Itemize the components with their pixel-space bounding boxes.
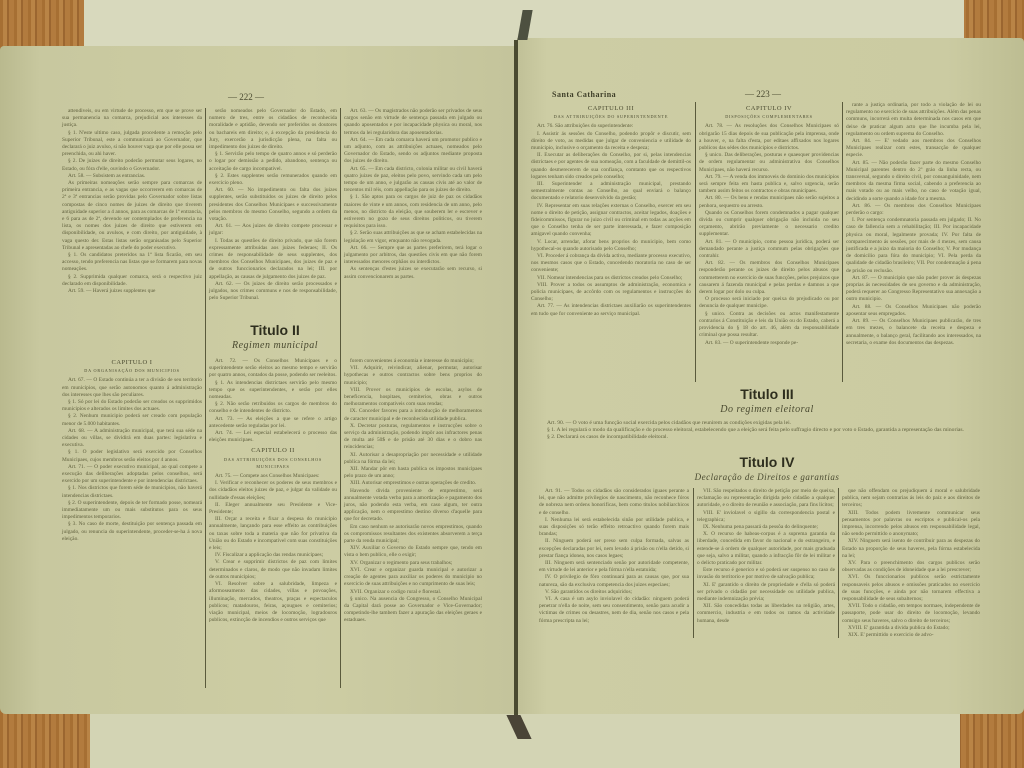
titulo-ii-subheading: Regimen municipal bbox=[205, 340, 345, 351]
left-page-number: — 222 — bbox=[228, 92, 264, 102]
paragraph: IX. Nenhuma pena passará da pessôa do de… bbox=[697, 524, 835, 531]
right-column-1: CAPITULO III DAS ATTRIBUIÇÕES DO SUPERIN… bbox=[531, 102, 691, 318]
titulo-iv-column-2: VII. São respeitados o direito de petiçã… bbox=[697, 488, 835, 625]
paragraph: Art. 62. — Os juizes de direito serão pr… bbox=[209, 281, 337, 303]
paragraph: Art. 86. — Os membros dos Conselhos Muni… bbox=[846, 203, 981, 217]
paragraph: II. Executar as deliberações do Conselho… bbox=[531, 152, 691, 181]
paragraph: § 1. O poder legislativo será exercido p… bbox=[62, 449, 202, 463]
titulo-iii-subheading: Do regimen eleitoral bbox=[677, 404, 857, 415]
paragraph: Art. 65. — Em cada districto, colonia mi… bbox=[344, 166, 482, 195]
paragraph: Art. 59. — Haverá juizes supplentes que bbox=[62, 288, 202, 295]
paragraph: I. Assistir ás sessões do Conselho, pode… bbox=[531, 131, 691, 153]
column-rule bbox=[695, 102, 696, 382]
right-page-number: — 223 — bbox=[745, 89, 781, 99]
paragraph: § 1. Nos districtos que forem séde de mu… bbox=[62, 485, 202, 499]
paragraph: VIII. E' inviolavel o sigillo da corresp… bbox=[697, 510, 835, 524]
paragraph: § 1. As intendencias districtaes servirã… bbox=[209, 380, 337, 402]
capitulo-ii-subheading: DAS ATTRIBUIÇÕES DOS CONSELHOS MUNICIPAE… bbox=[209, 456, 337, 470]
paragraph: § 1. Os candidatos preteridos na 1ª list… bbox=[62, 252, 202, 274]
paragraph: Art. 76. São attribuições do superintend… bbox=[531, 123, 691, 130]
paragraph: XI. Autorisar a desapropriação por neces… bbox=[344, 452, 482, 466]
right-column-3: rante a justiça ordinaria, por todo a vi… bbox=[846, 102, 981, 347]
capitulo-iv-subheading: DISPOSIÇÕES COMPLEMENTARES bbox=[699, 113, 839, 120]
book-spine bbox=[514, 40, 518, 730]
paragraph: XIV. Ninguem será isento de contribuir p… bbox=[842, 538, 980, 560]
paragraph: VII. Nomear intendencias para os distric… bbox=[531, 275, 691, 282]
left-page: — 222 — attendiveis, ou em virtude de pr… bbox=[0, 46, 516, 714]
left-column-2-bottom: Art. 72. — Os Conselhos Municipaes e o s… bbox=[209, 358, 337, 624]
titulo-iv-heading: Titulo IV bbox=[677, 454, 857, 470]
paragraph: Art. 79. — A venda dos immoveis do domin… bbox=[699, 174, 839, 196]
titulo-iv-column-1: Art. 91. — Todos os cidadãos são conside… bbox=[539, 488, 689, 625]
paragraph: XII. São concedidas todas as liberdades … bbox=[697, 603, 835, 625]
paragraph: O processo será iniciado por queixa do p… bbox=[699, 296, 839, 310]
paragraph: Quando os Conselhos forem condemnados a … bbox=[699, 210, 839, 239]
paragraph: VI. A casa é um asylo inviolavel do cida… bbox=[539, 596, 689, 625]
titulo-iii-heading: Titulo III bbox=[677, 386, 857, 402]
paragraph: X. O recurso de habeas-corpus é a suprem… bbox=[697, 531, 835, 567]
paragraph: Art. 68. — A administração municipal, qu… bbox=[62, 428, 202, 450]
paragraph: V. Crear e supprimir districtos de paz c… bbox=[209, 559, 337, 581]
capitulo-ii-heading: CAPITULO II bbox=[209, 447, 337, 454]
paragraph: XVI. Os funccionarios publicos serão est… bbox=[842, 574, 980, 603]
right-column-2: CAPITULO IV DISPOSIÇÕES COMPLEMENTARES A… bbox=[699, 102, 839, 347]
paragraph: VI. Resolver sobre a salubridade, limpez… bbox=[209, 581, 337, 624]
paragraph: I. Por sentença condemnatoria passada em… bbox=[846, 217, 981, 275]
paragraph: XV. Organizar o regimento para seus trab… bbox=[344, 560, 482, 567]
paragraph: I. Todas as questões de direito privado,… bbox=[209, 238, 337, 281]
paragraph: Havendo divida proveniente de emprestimo… bbox=[344, 488, 482, 524]
paragraph: V. São garantidos os direitos adquiridos… bbox=[539, 589, 689, 596]
paragraph: § 2. Não serão retribuidos os cargos de … bbox=[209, 401, 337, 415]
paragraph: Art. 91. — Todos os cidadãos são conside… bbox=[539, 488, 689, 517]
paragraph: § 1. Servirão pelo tempo de quatro annos… bbox=[209, 151, 337, 173]
paragraph: XVII. Todo o cidadão, em tempos normaes,… bbox=[842, 603, 980, 625]
column-rule bbox=[842, 102, 843, 382]
capitulo-i-subheading: DA ORGANISAÇÃO DOS MUNICIPIOS bbox=[62, 367, 202, 374]
paragraph: Art. 73. — As eleições a que se refere o… bbox=[209, 416, 337, 430]
paragraph: Art. 89. — Os Conselhos Municipaes publi… bbox=[846, 318, 981, 347]
titulo-iii-text: Art. 90. — O voto é uma funcção social e… bbox=[539, 420, 979, 442]
paragraph: IV. Representar em suas relações externa… bbox=[531, 203, 691, 239]
paragraph: Art. 66. — Sempre que as partes preferir… bbox=[344, 245, 482, 267]
paragraph: que não offendam ou prejudiquem á moral … bbox=[842, 488, 980, 510]
paragraph: § unico. Das deliberações, posturas e qu… bbox=[699, 152, 839, 174]
paragraph: Art. 71. — O poder executivo municipal, … bbox=[62, 464, 202, 486]
paragraph: Art. 60. — No impedimento ou falta dos j… bbox=[209, 187, 337, 223]
titulo-iv-column-3: que não offendam ou prejudiquem á moral … bbox=[842, 488, 980, 639]
paragraph: § unico. Na ausencia do Congresso, o Con… bbox=[344, 596, 482, 625]
column-rule bbox=[340, 358, 341, 688]
paragraph: XIX. E' permittido o exercicio de advo- bbox=[842, 632, 980, 639]
paragraph: Em caso nenhum se autorisarão novos empr… bbox=[344, 524, 482, 546]
paragraph: Art. 72. — Os Conselhos Municipaes e o s… bbox=[209, 358, 337, 380]
capitulo-i-heading: CAPITULO I bbox=[62, 359, 202, 366]
paragraph: § 1. São aptos para os cargos de juiz de… bbox=[344, 194, 482, 230]
titulo-iv-subheading: Declaração de Direitos e garantias bbox=[647, 472, 887, 482]
paragraph: § 2. De juizes de direito poderão permut… bbox=[62, 158, 202, 172]
left-column-1-top: attendiveis, ou em virtude de processo, … bbox=[62, 108, 202, 295]
paragraph: VIII. Prover a todos os assumptos de adm… bbox=[531, 282, 691, 304]
paragraph: I. Verificar e reconhecer os poderes de … bbox=[209, 480, 337, 502]
paragraph: § 2. O superintendente, depois de ter fo… bbox=[62, 500, 202, 522]
paragraph: V. Locar, arrendar, aforar bens proprios… bbox=[531, 239, 691, 253]
left-column-3-top: Art. 63. — Os magistrados não poderão se… bbox=[344, 108, 482, 281]
column-rule bbox=[205, 358, 206, 688]
paragraph: I. Nenhuma lei será estabelecida sinão p… bbox=[539, 517, 689, 539]
capitulo-iii-subheading: DAS ATTRIBUIÇÕES DO SUPERINTENDENTE bbox=[531, 113, 691, 120]
paragraph: VII. São respeitados o direito de petiçã… bbox=[697, 488, 835, 510]
paragraph: II. Eleger annualmente seu Presidente e … bbox=[209, 502, 337, 516]
paragraph: § 2. Estes supplentes serão remunerados … bbox=[209, 173, 337, 187]
paragraph: As primeiras nomeações serão sempre para… bbox=[62, 180, 202, 252]
paragraph: Art. 85. — Não poderão fazer parte do me… bbox=[846, 160, 981, 203]
paragraph: X. Decretar posturas, regulamentos e ins… bbox=[344, 423, 482, 452]
paragraph: § 2. Nenhum municipio poderá ser creado … bbox=[62, 413, 202, 427]
paragraph: As sentenças d'estes juizes se executarã… bbox=[344, 266, 482, 280]
paragraph: Art. 77. — As intendencias districtaes a… bbox=[531, 303, 691, 317]
column-rule bbox=[693, 488, 694, 638]
right-page: Santa Catharina — 223 — CAPITULO III DAS… bbox=[517, 38, 1024, 714]
paragraph: § 2. Declarará os casos de incompatibili… bbox=[539, 434, 979, 441]
paragraph: IX. Conceder favores para a introducção … bbox=[344, 408, 482, 422]
paragraph: § 2. Supprimida qualquer comarca, será o… bbox=[62, 274, 202, 288]
paragraph: XI. E' garantido o direito de propriedad… bbox=[697, 582, 835, 604]
paragraph: Este recurso é generico e só poderá ser … bbox=[697, 567, 835, 581]
paragraph: attendiveis, ou em virtude de processo, … bbox=[62, 108, 202, 130]
paragraph: XVI. Crear e organizar guarda municipal … bbox=[344, 567, 482, 589]
paragraph: Art. 61. — Aos juizes de direito compete… bbox=[209, 223, 337, 237]
paragraph: Art. 80. — Os bens e rendas municipaes n… bbox=[699, 195, 839, 209]
paragraph: XVIII. E' garantida a divida publica do … bbox=[842, 625, 980, 632]
paragraph: Art. 58. — Subsistem as entrancias. bbox=[62, 173, 202, 180]
paragraph: Art. 81. — O municipio, como pessoa juri… bbox=[699, 239, 839, 261]
paragraph: Art. 88. — Os Conselhos Municipaes não p… bbox=[846, 304, 981, 318]
paragraph: serão nomeados pelo Governador do Estado… bbox=[209, 108, 337, 151]
paragraph: § 1. N'este ultimo caso, julgada procede… bbox=[62, 130, 202, 159]
paragraph: § 3. No caso de morte, destituição por s… bbox=[62, 521, 202, 543]
paragraph: Art. 78. — As resoluções dos Conselhos M… bbox=[699, 123, 839, 152]
titulo-ii-heading: Titulo II bbox=[205, 322, 345, 338]
paragraph: Art. 67. — O Estado continúa a ter a div… bbox=[62, 377, 202, 399]
paragraph: Art. 63. — Os magistrados não poderão se… bbox=[344, 108, 482, 137]
capitulo-iii-heading: CAPITULO III bbox=[531, 105, 691, 112]
paragraph: Art. 84. — E' vedado aos membros dos Con… bbox=[846, 138, 981, 160]
paragraph: § 1. Só por lei do Estado poderão ser cr… bbox=[62, 399, 202, 413]
paragraph: VI. Proceder á cobrança da divida activa… bbox=[531, 253, 691, 275]
paragraph: IV. O privilegio de fôro continuará para… bbox=[539, 574, 689, 588]
paragraph: III. Superintender a administração munic… bbox=[531, 181, 691, 203]
paragraph: XV. Para o preenchimento dos cargos publ… bbox=[842, 560, 980, 574]
paragraph: XIII. Todos podem livremente communicar … bbox=[842, 510, 980, 539]
paragraph: II. Ninguem poderá ser preso sem culpa f… bbox=[539, 538, 689, 560]
left-column-1-bottom: CAPITULO I DA ORGANISAÇÃO DOS MUNICIPIOS… bbox=[62, 356, 202, 543]
left-column-3-bottom: forem convenientes á economia e interess… bbox=[344, 358, 482, 625]
paragraph: Art. 74. — Lei especial estabelecerá o p… bbox=[209, 430, 337, 444]
paragraph: Art. 82. — Os membros dos Conselhos Muni… bbox=[699, 260, 839, 296]
paragraph: Art. 83. — O superintendente responde pe… bbox=[699, 340, 839, 347]
paragraph: XIII. Autorisar emprestimos e outras ope… bbox=[344, 480, 482, 487]
paragraph: XVII. Organizar o codigo rural e florest… bbox=[344, 589, 482, 596]
paragraph: Art. 87. — O municipio que não puder pro… bbox=[846, 275, 981, 304]
paragraph: VIII. Prover os municipios de escolas, a… bbox=[344, 387, 482, 409]
paragraph: XIV. Auxiliar o Governo do Estado sempre… bbox=[344, 545, 482, 559]
paragraph: rante a justiça ordinaria, por todo a vi… bbox=[846, 102, 981, 138]
paragraph: III. Ninguem será sentenciado senão por … bbox=[539, 560, 689, 574]
paragraph: § 1. A lei regulará o modo da qualificaç… bbox=[539, 427, 979, 434]
capitulo-iv-heading: CAPITULO IV bbox=[699, 105, 839, 112]
paragraph: forem convenientes á economia e interess… bbox=[344, 358, 482, 365]
left-column-2-top: serão nomeados pelo Governador do Estado… bbox=[209, 108, 337, 302]
column-rule bbox=[838, 488, 839, 638]
paragraph: VII. Adquirir, reivindicar, alienar, per… bbox=[344, 365, 482, 387]
paragraph: IV. Fiscalizar a applicação das rendas m… bbox=[209, 552, 337, 559]
paragraph: III. Orçar a receita e fixar a despesa d… bbox=[209, 516, 337, 552]
paragraph: § unico. Contra as decisões ou actos man… bbox=[699, 311, 839, 340]
paragraph: § 2. Serão suas attribuições as que se a… bbox=[344, 230, 482, 244]
running-head: Santa Catharina bbox=[552, 90, 616, 99]
paragraph: XII. Mandar pôr em hasta publica os impo… bbox=[344, 466, 482, 480]
paragraph: Art. 64. — Em cada comarca haverá um pro… bbox=[344, 137, 482, 166]
